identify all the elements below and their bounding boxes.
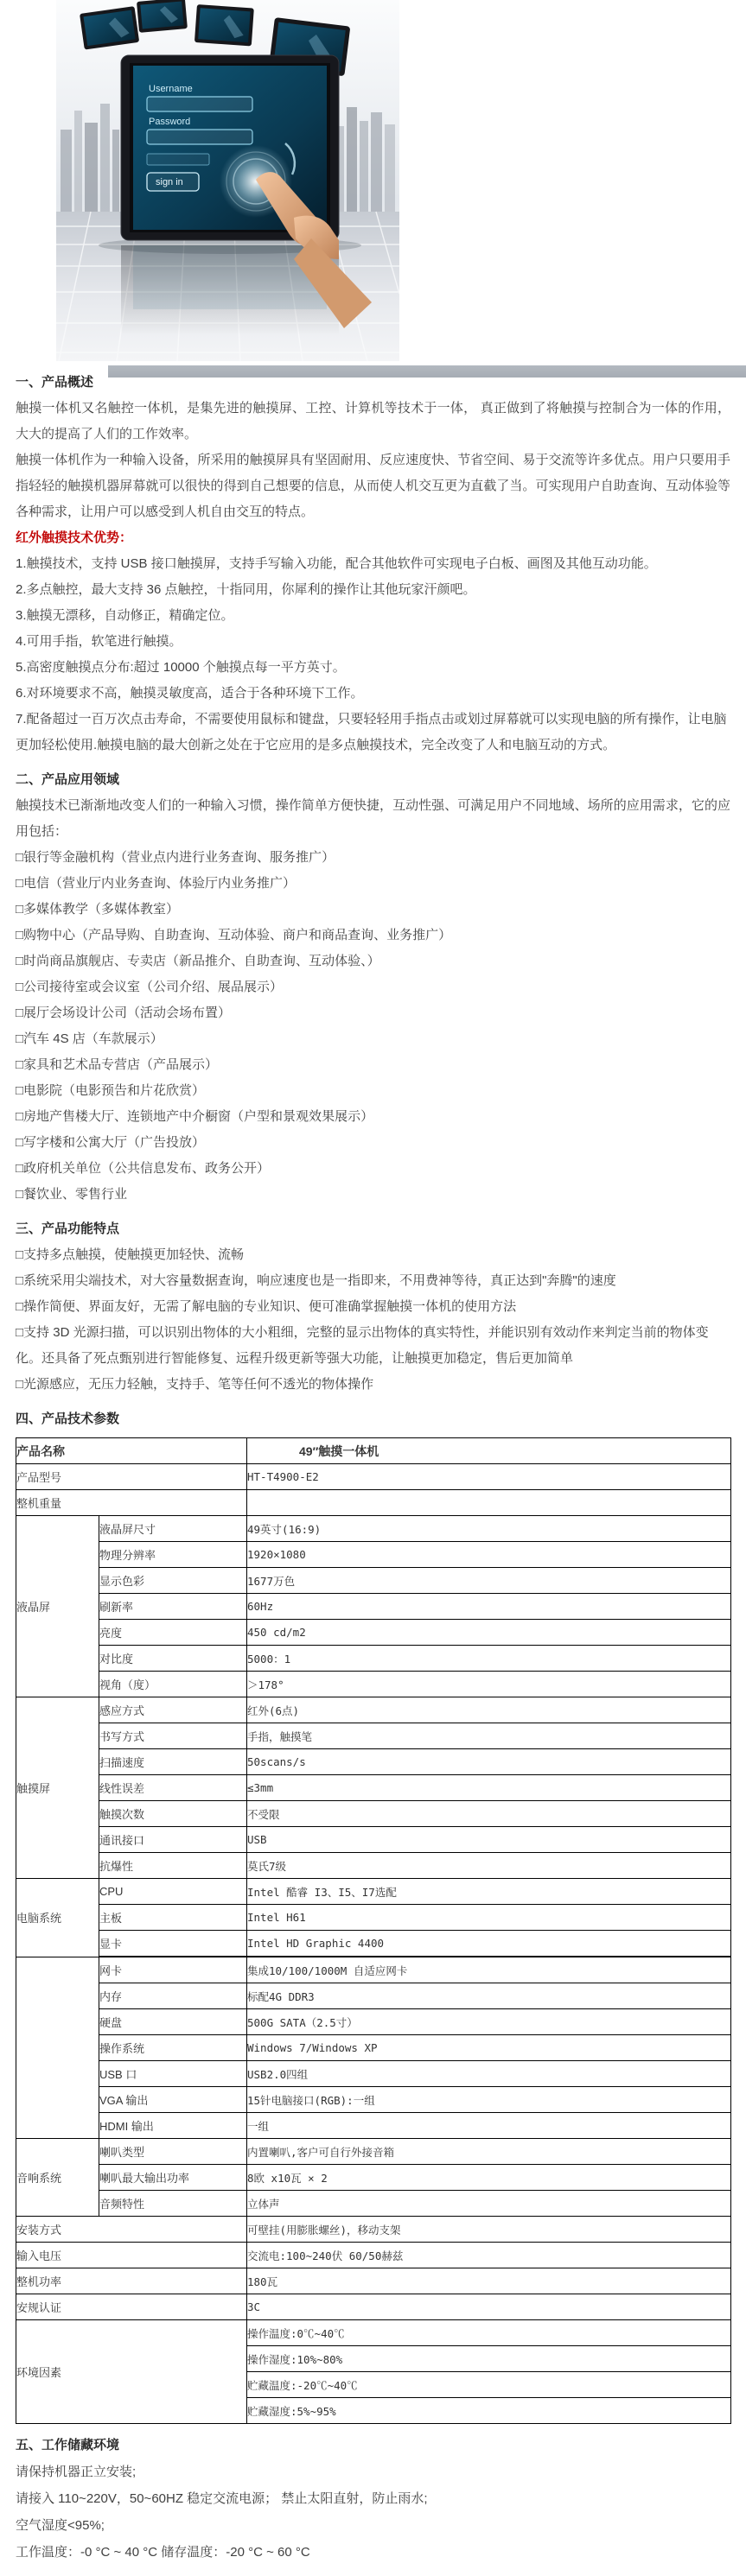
spec-value-cell: 立体声 — [247, 2191, 731, 2217]
section-overview: 一、产品概述 触摸一体机又名触控一体机，是集先进的触摸屏、工控、计算机等技术于一… — [16, 370, 730, 758]
list-item: 2.多点触控，最大支持 36 点触控，十指同用，你犀利的操作让其他玩家汗颜吧。 — [16, 577, 730, 603]
list-item: □电信（营业厅内业务查询、体验厅内业务推广） — [16, 871, 730, 897]
table-row: 整机功率180瓦 — [16, 2268, 731, 2294]
hero-display-small-3 — [194, 4, 254, 46]
spec-value-cell — [247, 1490, 731, 1516]
signin-label: sign in — [156, 177, 183, 187]
list-item: □政府机关单位（公共信息发布、政务公开） — [16, 1156, 730, 1182]
list-item: □家具和艺术品专营店（产品展示） — [16, 1052, 730, 1078]
spec-value-cell: 49英寸(16:9) — [247, 1516, 731, 1542]
spec-value-cell: 内置喇叭,客户可自行外接音箱 — [247, 2139, 731, 2165]
spec-value-cell: 标配4G DDR3 — [247, 1983, 731, 2009]
table-row: 操作系统Windows 7/Windows XP — [16, 2035, 731, 2061]
spec-value-cell: 3C — [247, 2294, 731, 2320]
spec-value-cell: 180瓦 — [247, 2268, 731, 2294]
table-row: 产品名称 49″触摸一体机 — [16, 1438, 731, 1464]
paragraph: 触摸一体机又名触控一体机，是集先进的触摸屏、工控、计算机等技术于一体， 真正做到… — [16, 396, 730, 447]
table-row: 输入电压交流电:100~240伏 60/50赫兹 — [16, 2243, 731, 2268]
spec-name-cell: 内存 — [99, 1983, 247, 2009]
advantage-list: 1.触摸技术，支持 USB 接口触摸屏，支持手写输入功能，配合其他软件可实现电子… — [16, 551, 730, 758]
table-row: 音频特性立体声 — [16, 2191, 731, 2217]
table-row: 内存标配4G DDR3 — [16, 1983, 731, 2009]
list-item: □公司接待室或会议室（公司介绍、展品展示） — [16, 974, 730, 1000]
spec-value-cell: 贮藏温度:-20℃~40℃ — [247, 2372, 731, 2398]
spec-name-cell: 产品型号 — [16, 1464, 247, 1490]
feature-list: □支持多点触摸，使触摸更加轻快、流畅 □系统采用尖端技术，对大容量数据查询，响应… — [16, 1242, 730, 1398]
spec-name-cell: 网卡 — [99, 1957, 247, 1983]
list-item: 6.对环境要求不高，触摸灵敏度高，适合于各种环境下工作。 — [16, 681, 730, 707]
spec-value-cell: 1677万色 — [247, 1568, 731, 1594]
table-row: 对比度5000：1 — [16, 1646, 731, 1672]
list-item: □餐饮业、零售行业 — [16, 1182, 730, 1208]
spec-name-cell: 通讯接口 — [99, 1827, 247, 1853]
table-row: 视角（度）＞178° — [16, 1672, 731, 1697]
spec-name-cell: 主板 — [99, 1905, 247, 1931]
spec-name-cell: 整机重量 — [16, 1490, 247, 1516]
spec-value-cell: 50scans/s — [247, 1749, 731, 1775]
spec-value-cell: 可壁挂(用膨胀螺丝)，移动支架 — [247, 2217, 731, 2243]
section-environment: 五、工作储藏环境 请保持机器正立安装; 请接入 110~220V，50~60HZ… — [16, 2433, 730, 2566]
table-row: 硬盘500G SATA（2.5寸） — [16, 2009, 731, 2035]
table-row: 整机重量 — [16, 1490, 731, 1516]
table-row: 刷新率60Hz — [16, 1594, 731, 1620]
table-row: 环境因素 操作温度:0℃~40℃ — [16, 2320, 731, 2346]
spec-value-cell: 不受限 — [247, 1801, 731, 1827]
table-row: 显示色彩1677万色 — [16, 1568, 731, 1594]
product-photo: Username Password sign in — [0, 0, 746, 361]
table-row: 通讯接口USB — [16, 1827, 731, 1853]
spec-value-cell: Intel 酷睿 I3、I5、I7选配 — [247, 1879, 731, 1905]
table-row: 物理分辨率1920×1080 — [16, 1542, 731, 1568]
table-row: 显卡Intel HD Graphic 4400 — [16, 1931, 731, 1957]
hero-display-small-1 — [80, 6, 139, 49]
spec-value-cell: HT-T4900-E2 — [247, 1464, 731, 1490]
product-photo-illustration: Username Password sign in — [0, 0, 746, 361]
spec-group-label: 音响系统 — [16, 2139, 99, 2217]
list-item: □汽车 4S 店（车款展示） — [16, 1026, 730, 1052]
remember-box — [147, 154, 209, 165]
spec-name-cell: 操作系统 — [99, 2035, 247, 2061]
section-title: 四、产品技术参数 — [16, 1406, 730, 1432]
spec-value-cell: USB — [247, 1827, 731, 1853]
list-item: 1.触摸技术，支持 USB 接口触摸屏，支持手写输入功能，配合其他软件可实现电子… — [16, 551, 730, 577]
table-row: 网卡 集成10/100/1000M 自适应网卡 — [16, 1957, 731, 1983]
spec-name-cell: 产品名称 — [16, 1438, 247, 1464]
spec-group-label — [16, 1957, 99, 2139]
paragraph: 空气湿度<95%; — [16, 2512, 730, 2539]
section-features: 三、产品功能特点 □支持多点触摸，使触摸更加轻快、流畅 □系统采用尖端技术，对大… — [16, 1216, 730, 1398]
list-item: □房地产售楼大厅、连锁地产中介橱窗（户型和景观效果展示） — [16, 1104, 730, 1130]
application-list: □银行等金融机构（营业点内进行业务查询、服务推广） □电信（营业厅内业务查询、体… — [16, 845, 730, 1208]
table-row: 线性误差≤3mm — [16, 1775, 731, 1801]
table-row: VGA 输出15针电脑接口(RGB):一组 — [16, 2087, 731, 2113]
paragraph: 工作温度：-0 °C ~ 40 °C 储存温度：-20 °C ~ 60 °C — [16, 2539, 730, 2566]
hero-display-small-2 — [137, 0, 188, 33]
spec-name-cell: 物理分辨率 — [99, 1542, 247, 1568]
username-input — [147, 97, 252, 111]
spec-name-cell: CPU — [99, 1879, 247, 1905]
list-item: 4.可用手指，软笔进行触摸。 — [16, 629, 730, 655]
table-row: 主板Intel H61 — [16, 1905, 731, 1931]
password-input — [147, 130, 252, 144]
red-heading: 红外触摸技术优势： — [16, 525, 730, 551]
list-item: 5.高密度触摸点分布:超过 10000 个触摸点每一平方英寸。 — [16, 655, 730, 681]
password-label: Password — [149, 117, 190, 127]
spec-value-cell: 1920×1080 — [247, 1542, 731, 1568]
list-item: □写字楼和公寓大厅（广告投放） — [16, 1130, 730, 1156]
list-item: □展厅会场设计公司（活动会场布置） — [16, 1000, 730, 1026]
list-item: 7.配备超过一百万次点击寿命，不需要使用鼠标和键盘，只要轻轻用手指点击或划过屏幕… — [16, 707, 730, 758]
spec-group-label: 电脑系统 — [16, 1879, 99, 1957]
table-row: 安装方式可壁挂(用膨胀螺丝)，移动支架 — [16, 2217, 731, 2243]
section-specs: 四、产品技术参数 产品名称 49″触摸一体机 产品型号 HT-T4900-E2 … — [16, 1406, 730, 2424]
list-item: □电影院（电影预告和片花欣赏） — [16, 1078, 730, 1104]
spec-value-cell: 手指，触摸笔 — [247, 1723, 731, 1749]
list-item: □光源感应，无压力轻触，支持手、笔等任何不透光的物体操作 — [16, 1372, 730, 1398]
list-item: □时尚商品旗舰店、专卖店（新品推介、自助查询、互动体验、） — [16, 949, 730, 974]
table-row: 产品型号 HT-T4900-E2 — [16, 1464, 731, 1490]
spec-name-cell: 喇叭最大输出功率 — [99, 2165, 247, 2191]
table-row: 液晶屏 液晶屏尺寸 49英寸(16:9) — [16, 1516, 731, 1542]
list-item: □购物中心（产品导购、自助查询、互动体验、商户和商品查询、业务推广） — [16, 923, 730, 949]
spec-value-cell: Intel H61 — [247, 1905, 731, 1931]
spec-value-cell: 450 cd/m2 — [247, 1620, 731, 1646]
table-row: 亮度450 cd/m2 — [16, 1620, 731, 1646]
spec-value-cell: ＞178° — [247, 1672, 731, 1697]
list-item: □银行等金融机构（营业点内进行业务查询、服务推广） — [16, 845, 730, 871]
spec-value-cell: Intel HD Graphic 4400 — [247, 1931, 731, 1957]
spec-value-cell: Windows 7/Windows XP — [247, 2035, 731, 2061]
spec-name-cell: 显示色彩 — [99, 1568, 247, 1594]
spec-value-cell: 49″触摸一体机 — [247, 1438, 731, 1464]
list-item: □支持多点触摸，使触摸更加轻快、流畅 — [16, 1242, 730, 1268]
spec-value-cell: 操作湿度:10%~80% — [247, 2346, 731, 2372]
spec-name-cell: HDMI 输出 — [99, 2113, 247, 2139]
spec-name-cell: 输入电压 — [16, 2243, 247, 2268]
spec-value-cell: 500G SATA（2.5寸） — [247, 2009, 731, 2035]
spec-group-label: 环境因素 — [16, 2320, 247, 2424]
spec-value-cell: 集成10/100/1000M 自适应网卡 — [247, 1957, 731, 1983]
spec-name-cell: 扫描速度 — [99, 1749, 247, 1775]
spec-value-cell: 莫氏7级 — [247, 1853, 731, 1879]
spec-value-cell: 红外(6点) — [247, 1697, 731, 1723]
list-item: 3.触摸无漂移，自动修正，精确定位。 — [16, 603, 730, 629]
spec-value-cell: 一组 — [247, 2113, 731, 2139]
spec-name-cell: 书写方式 — [99, 1723, 247, 1749]
spec-value-cell: 15针电脑接口(RGB):一组 — [247, 2087, 731, 2113]
list-item: □操作简便、界面友好，无需了解电脑的专业知识、便可准确掌握触摸一体机的使用方法 — [16, 1294, 730, 1320]
spec-value-cell: USB2.0四组 — [247, 2061, 731, 2087]
spec-name-cell: 线性误差 — [99, 1775, 247, 1801]
spec-table: 产品名称 49″触摸一体机 产品型号 HT-T4900-E2 整机重量 液晶屏 … — [16, 1437, 731, 2424]
page-content: 一、产品概述 触摸一体机又名触控一体机，是集先进的触摸屏、工控、计算机等技术于一… — [0, 370, 746, 2566]
spec-value-cell: 交流电:100~240伏 60/50赫兹 — [247, 2243, 731, 2268]
table-row: 书写方式手指，触摸笔 — [16, 1723, 731, 1749]
table-row: 电脑系统 CPU Intel 酷睿 I3、I5、I7选配 — [16, 1879, 731, 1905]
spec-name-cell: USB 口 — [99, 2061, 247, 2087]
spec-value-cell: 60Hz — [247, 1594, 731, 1620]
table-row: 触摸次数不受限 — [16, 1801, 731, 1827]
spec-group-label: 液晶屏 — [16, 1516, 99, 1697]
spec-name-cell: 显卡 — [99, 1931, 247, 1957]
table-row: 抗爆性莫氏7级 — [16, 1853, 731, 1879]
list-item: □系统采用尖端技术，对大容量数据查询，响应速度也是一指即来，不用费神等待，真正达… — [16, 1268, 730, 1294]
spec-value-cell: ≤3mm — [247, 1775, 731, 1801]
spec-value-cell: 贮藏湿度:5%~95% — [247, 2398, 731, 2424]
spec-group-label: 触摸屏 — [16, 1697, 99, 1879]
product-page: Username Password sign in — [0, 0, 746, 2566]
table-row: USB 口USB2.0四组 — [16, 2061, 731, 2087]
spec-name-cell: 整机功率 — [16, 2268, 247, 2294]
username-label: Username — [149, 84, 193, 94]
spec-name-cell: 触摸次数 — [99, 1801, 247, 1827]
spec-name-cell: 抗爆性 — [99, 1853, 247, 1879]
spec-name-cell: 对比度 — [99, 1646, 247, 1672]
section-title: 二、产品应用领域 — [16, 767, 730, 793]
section-applications: 二、产品应用领域 触摸技术已渐渐地改变人们的一种输入习惯，操作简单方便快捷，互动… — [16, 767, 730, 1208]
spec-name-cell: 安规认证 — [16, 2294, 247, 2320]
spec-name-cell: 视角（度） — [99, 1672, 247, 1697]
paragraph: 请接入 110~220V，50~60HZ 稳定交流电源； 禁止太阳直射，防止雨水… — [16, 2485, 730, 2512]
list-item: □支持 3D 光源扫描，可以识别出物体的大小粗细，完整的显示出物体的真实特性，并… — [16, 1320, 730, 1372]
spec-value-cell: 5000：1 — [247, 1646, 731, 1672]
paragraph: 请保持机器正立安装; — [16, 2459, 730, 2485]
spec-name-cell: 安装方式 — [16, 2217, 247, 2243]
spec-name-cell: 喇叭类型 — [99, 2139, 247, 2165]
section-title: 五、工作储藏环境 — [16, 2433, 730, 2459]
paragraph: 触摸技术已渐渐地改变人们的一种输入习惯，操作简单方便快捷，互动性强、可满足用户不… — [16, 793, 730, 845]
table-row: 音响系统 喇叭类型 内置喇叭,客户可自行外接音箱 — [16, 2139, 731, 2165]
spec-name-cell: 硬盘 — [99, 2009, 247, 2035]
spec-name-cell: 刷新率 — [99, 1594, 247, 1620]
list-item: □多媒体教学（多媒体教室） — [16, 897, 730, 923]
spec-name-cell: 音频特性 — [99, 2191, 247, 2217]
spec-name-cell: 亮度 — [99, 1620, 247, 1646]
spec-name-cell: 液晶屏尺寸 — [99, 1516, 247, 1542]
paragraph: 触摸一体机作为一种输入设备，所采用的触摸屏具有坚固耐用、反应速度快、节省空间、易… — [16, 447, 730, 525]
table-row: HDMI 输出一组 — [16, 2113, 731, 2139]
table-row: 喇叭最大输出功率8欧 x10瓦 × 2 — [16, 2165, 731, 2191]
spec-value-cell: 8欧 x10瓦 × 2 — [247, 2165, 731, 2191]
table-row: 扫描速度50scans/s — [16, 1749, 731, 1775]
spec-value-cell: 操作温度:0℃~40℃ — [247, 2320, 731, 2346]
spec-name-cell: VGA 输出 — [99, 2087, 247, 2113]
spec-name-cell: 感应方式 — [99, 1697, 247, 1723]
section-title: 三、产品功能特点 — [16, 1216, 730, 1242]
table-row: 安规认证3C — [16, 2294, 731, 2320]
photo-bottom-band — [108, 365, 746, 378]
table-row: 触摸屏 感应方式 红外(6点) — [16, 1697, 731, 1723]
